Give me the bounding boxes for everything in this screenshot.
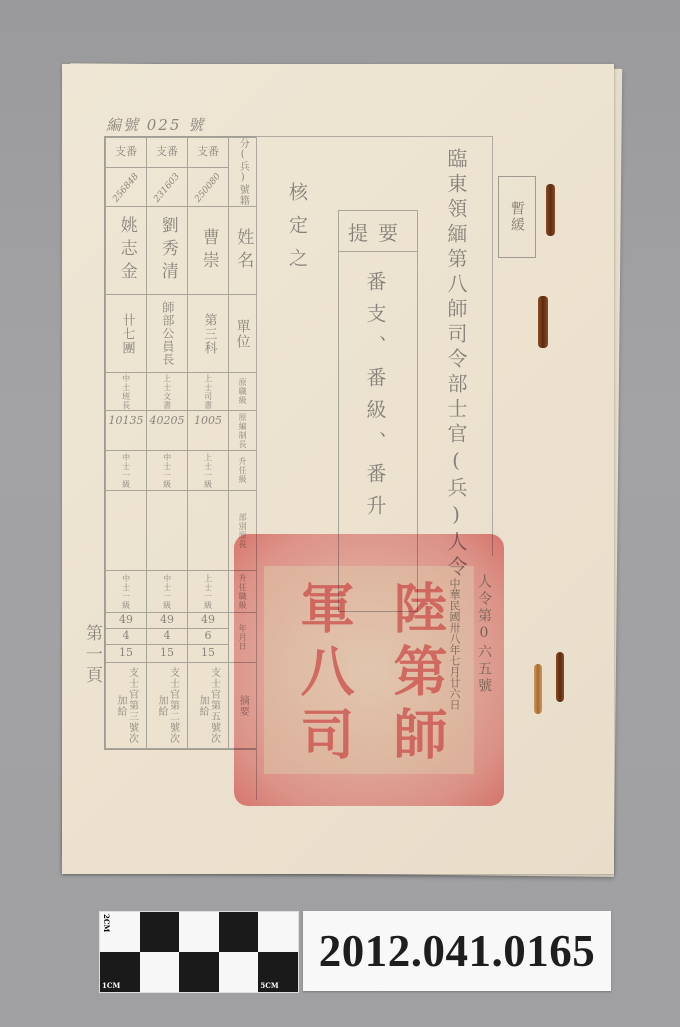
table-row: 卄七團 師部公員長 第三科 單位 [106, 295, 257, 373]
scale-label-right: 5CM [260, 981, 278, 990]
page-number: 第一頁 [80, 624, 105, 687]
name-value: 劉秀清 [157, 216, 177, 285]
new-grade-value: 上士一級 [203, 574, 212, 610]
promoted-rank-value: 中士一級 [162, 453, 171, 489]
name-value: 姚志金 [116, 216, 136, 285]
approval-text: 核定之 [284, 182, 311, 281]
day-value: 15 [188, 645, 229, 663]
month-value: 4 [106, 629, 147, 645]
old-rank-value: 上士司書 [203, 374, 212, 410]
date-column: 中華民國卅八年七月廿六日 [446, 578, 462, 710]
accession-number-label: 2012.041.0165 [303, 911, 611, 991]
table-row-header: 單位 [234, 319, 250, 349]
table-cell [188, 491, 229, 571]
promoted-rank-value: 上士一級 [203, 453, 212, 489]
doc-number: 編號 025 號 [106, 114, 205, 135]
table-row: 10135 40205 1005 原編制長 [106, 411, 257, 451]
day-value: 15 [106, 645, 147, 663]
day-value: 15 [147, 645, 188, 663]
year-value: 49 [188, 613, 229, 629]
table-row: 中士班長 上士文書 上士司書 原職級 [106, 373, 257, 411]
new-grade-value: 中士一級 [121, 574, 130, 610]
color-scale-bar: 2CM 1CM 5CM [99, 911, 299, 993]
table-cell: 支番 [188, 138, 229, 168]
official-seal: 陸第師 軍八司 中華民國卅八年七月廿六日 人令第0六五號 [234, 534, 504, 806]
ruled-line [492, 136, 493, 556]
year-value: 49 [106, 613, 147, 629]
seal-characters: 陸第師 軍八司 [278, 576, 464, 764]
old-rank-value: 中士班長 [121, 374, 130, 410]
serial-value: 250080 [193, 172, 223, 205]
table-row-header: 原職級 [238, 378, 247, 405]
table-cell [106, 491, 147, 571]
scale-label-top: 2CM [102, 914, 111, 932]
table-row-header: 分(兵)號籍 [229, 138, 257, 207]
year-value: 49 [147, 613, 188, 629]
unit-value: 卄七團 [119, 313, 134, 355]
document-page: 編號 025 號 支番 支番 支番 分(兵)號籍 256848 231603 2… [62, 64, 614, 874]
remarks-value: 支士官第二號次加給 [156, 667, 179, 745]
order-title: 臨東領緬第八師司令部士官(兵)人令 [442, 148, 471, 581]
promoted-rank-value: 中士一級 [121, 453, 130, 489]
staple-rust-mark [534, 664, 542, 714]
order-number: 人令第0六五號 [474, 574, 494, 695]
table-cell: 支番 [106, 138, 147, 168]
ruled-line [256, 136, 492, 137]
remarks-value: 支士官第五號次加給 [197, 667, 220, 745]
staple-rust-mark [556, 652, 564, 702]
table-row: 姚志金 劉秀清 曹崇 姓名 [106, 207, 257, 295]
table-row-header: 姓名 [233, 228, 253, 274]
month-value: 6 [188, 629, 229, 645]
seal-inner: 陸第師 軍八司 [264, 566, 474, 774]
month-value: 4 [147, 629, 188, 645]
remarks-value: 支士官第三號次加給 [115, 667, 138, 745]
staple-rust-mark [538, 296, 548, 348]
new-grade-value: 中士一級 [162, 574, 171, 610]
summary-heading: 提要 [339, 211, 417, 252]
id-value: 40205 [147, 411, 188, 451]
scale-label-left: 1CM [102, 981, 120, 990]
serial-value: 256848 [111, 172, 141, 205]
table-cell: 支番 [147, 138, 188, 168]
table-row: 支番 支番 支番 分(兵)號籍 [106, 138, 257, 168]
old-rank-value: 上士文書 [162, 374, 171, 410]
serial-value: 231603 [152, 172, 182, 205]
unit-value: 第三科 [201, 313, 216, 355]
summary-body: 番支、番級、番升 [361, 271, 390, 527]
staple-rust-mark [546, 184, 555, 236]
table-row-header: 原編制長 [238, 413, 247, 449]
table-row-header: 升任級 [238, 457, 247, 484]
table-row: 中士一級 中士一級 上士一級 升任級 [106, 451, 257, 491]
stamp-box: 暫緩 [498, 176, 536, 258]
id-value: 1005 [188, 411, 229, 451]
unit-value: 師部公員長 [160, 301, 174, 366]
name-value: 曹崇 [198, 228, 218, 274]
table-cell [147, 491, 188, 571]
id-value: 10135 [106, 411, 147, 451]
